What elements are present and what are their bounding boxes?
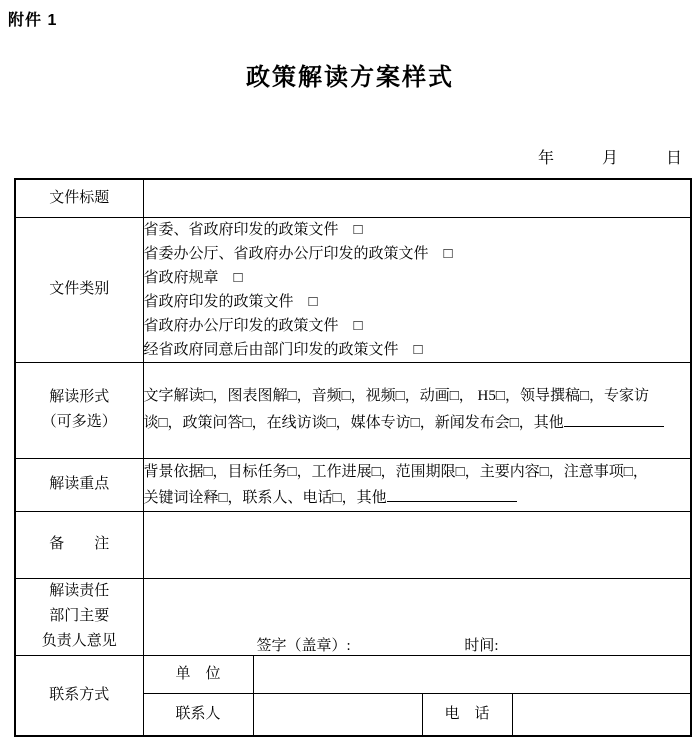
remark-value-cell — [143, 511, 691, 578]
unit-label: 单 位 — [143, 655, 253, 693]
interpretation-form-options-line1: 文字解读□，图表图解□，音频□，视频□，动画□， H5□，领导撰稿□，专家访 — [144, 383, 691, 410]
interpretation-focus-options-line2-text: 关键词诠释□，联系人、电话□，其他 — [144, 490, 387, 506]
row-category: 文件类别 省委、省政府印发的政策文件 □ 省委办公厅、省政府办公厅印发的政策文件… — [15, 217, 691, 362]
file-title-value-cell — [143, 179, 691, 217]
remark-label: 备 注 — [15, 511, 143, 578]
category-options-cell: 省委、省政府印发的政策文件 □ 省委办公厅、省政府办公厅印发的政策文件 □ 省政… — [143, 217, 691, 362]
category-option: 省委办公厅、省政府办公厅印发的政策文件 □ — [144, 242, 691, 266]
other-blank-line — [564, 412, 664, 427]
category-option: 经省政府同意后由部门印发的政策文件 □ — [144, 338, 691, 362]
time-label: 时间: — [464, 638, 498, 654]
page-title: 政策解读方案样式 — [0, 57, 700, 92]
interpretation-form-options-line2: 谈□，政策问答□，在线访谈□，媒体专访□，新闻发布会□，其他 — [144, 410, 691, 437]
row-interpretation-focus: 解读重点 背景依据□，目标任务□，工作进展□，范围期限□，主要内容□，注意事项□… — [15, 458, 691, 511]
category-option: 省政府印发的政策文件 □ — [144, 290, 691, 314]
other-blank-line — [387, 487, 517, 502]
interpretation-focus-options-cell: 背景依据□，目标任务□，工作进展□，范围期限□，主要内容□，注意事项□， 关键词… — [143, 458, 691, 511]
category-label: 文件类别 — [15, 217, 143, 362]
interpretation-focus-options-line2: 关键词诠释□，联系人、电话□，其他 — [144, 485, 691, 511]
category-option: 省政府办公厅印发的政策文件 □ — [144, 314, 691, 338]
signature-seal-label: 签字（盖章）: — [257, 638, 351, 654]
row-contact-unit: 联系方式 单 位 — [15, 655, 691, 693]
phone-label: 电 话 — [422, 693, 512, 736]
contact-person-label: 联系人 — [143, 693, 253, 736]
interpretation-focus-options-line1: 背景依据□，目标任务□，工作进展□，范围期限□，主要内容□，注意事项□， — [144, 459, 691, 485]
interpretation-form-label-line1: 解读形式 — [16, 385, 143, 410]
unit-value-cell — [253, 655, 691, 693]
contact-person-value-cell — [253, 693, 422, 736]
category-option: 省委、省政府印发的政策文件 □ — [144, 218, 691, 242]
responsible-opinion-label-line3: 负责人意见 — [16, 629, 143, 654]
interpretation-form-label: 解读形式 （可多选） — [15, 362, 143, 458]
responsible-opinion-sign-cell: 签字（盖章）: 时间: — [143, 578, 691, 655]
interpretation-form-label-line2: （可多选） — [16, 410, 143, 435]
contact-method-label: 联系方式 — [15, 655, 143, 736]
row-interpretation-form: 解读形式 （可多选） 文字解读□，图表图解□，音频□，视频□，动画□， H5□，… — [15, 362, 691, 458]
category-option: 省政府规章 □ — [144, 266, 691, 290]
phone-value-cell — [512, 693, 691, 736]
attachment-label: 附件 1 — [0, 0, 700, 30]
row-responsible-opinion: 解读责任 部门主要 负责人意见 签字（盖章）: 时间: — [15, 578, 691, 655]
file-title-label: 文件标题 — [15, 179, 143, 217]
interpretation-form-options-cell: 文字解读□，图表图解□，音频□，视频□，动画□， H5□，领导撰稿□，专家访 谈… — [143, 362, 691, 458]
row-remark: 备 注 — [15, 511, 691, 578]
responsible-opinion-label: 解读责任 部门主要 负责人意见 — [15, 578, 143, 655]
responsible-opinion-label-line1: 解读责任 — [16, 579, 143, 604]
responsible-opinion-label-line2: 部门主要 — [16, 604, 143, 629]
policy-interpretation-form-table: 文件标题 文件类别 省委、省政府印发的政策文件 □ 省委办公厅、省政府办公厅印发… — [14, 178, 692, 737]
row-file-title: 文件标题 — [15, 179, 691, 217]
date-line: 年 月 日 — [0, 148, 700, 170]
interpretation-form-options-line2-text: 谈□，政策问答□，在线访谈□，媒体专访□，新闻发布会□，其他 — [144, 415, 564, 431]
interpretation-focus-label: 解读重点 — [15, 458, 143, 511]
